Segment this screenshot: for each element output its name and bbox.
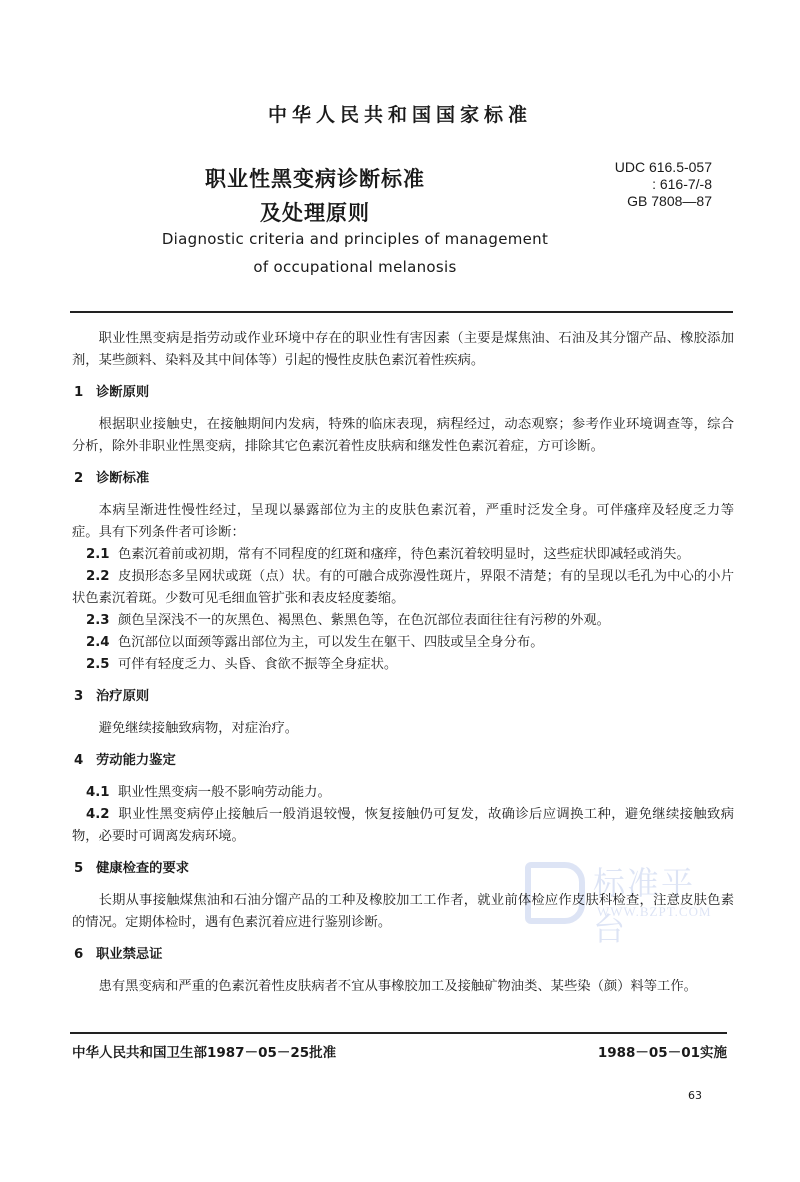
- clause-number: 4.2: [86, 804, 118, 826]
- udc-code: UDC 616.5-057: [615, 159, 712, 176]
- clause-text: 可伴有轻度乏力、头昏、食欲不振等全身症状。: [118, 657, 397, 672]
- section-number: 1: [74, 382, 96, 404]
- section-1-paragraph: 根据职业接触史，在接触期间内发病，特殊的临床表现，病程经过，动态观察；参考作业环…: [72, 414, 734, 458]
- clause-2-3: 2.3颜色呈深浅不一的灰黑色、褐黑色、紫黑色等，在色沉部位表面往往有污秽的外观。: [72, 610, 734, 632]
- intro-paragraph: 职业性黑变病是指劳动或作业环境中存在的职业性有害因素（主要是煤焦油、石油及其分馏…: [72, 328, 734, 372]
- section-heading-5: 5健康检查的要求: [74, 858, 734, 880]
- document-title-line1: 职业性黑变病诊断标准: [170, 163, 460, 193]
- gb-number: GB 7808—87: [615, 193, 712, 210]
- header-divider: [70, 311, 733, 313]
- clause-number: 2.3: [86, 610, 118, 632]
- footer-divider: [70, 1032, 727, 1034]
- classification-block: UDC 616.5-057 : 616-7/-8 GB 7808—87: [615, 159, 712, 210]
- clause-2-2: 2.2皮损形态多呈网状或斑（点）状。有的可融合成弥漫性斑片，界限不清楚；有的呈现…: [72, 566, 734, 610]
- clause-text: 职业性黑变病一般不影响劳动能力。: [118, 785, 331, 800]
- section-5-paragraph: 长期从事接触煤焦油和石油分馏产品的工种及橡胶加工工作者，就业前体检应作皮肤科检查…: [72, 890, 734, 934]
- clause-number: 2.5: [86, 654, 118, 676]
- page-number: 63: [688, 1089, 702, 1102]
- clause-4-2: 4.2职业性黑变病停止接触后一般消退较慢，恢复接触仍可复发，故确诊后应调换工种，…: [72, 804, 734, 848]
- section-number: 6: [74, 944, 96, 966]
- section-heading-1: 1诊断原则: [74, 382, 734, 404]
- english-title-line1: Diagnostic criteria and principles of ma…: [120, 230, 590, 248]
- section-heading-4: 4劳动能力鉴定: [74, 750, 734, 772]
- section-title: 职业禁忌证: [96, 947, 162, 962]
- section-number: 5: [74, 858, 96, 880]
- section-title: 健康检查的要求: [96, 861, 189, 876]
- section-title: 治疗原则: [96, 689, 149, 704]
- section-title: 劳动能力鉴定: [96, 753, 176, 768]
- section-number: 4: [74, 750, 96, 772]
- standard-type-heading: 中华人民共和国国家标准: [0, 100, 800, 127]
- section-2-paragraph: 本病呈渐进性慢性经过，呈现以暴露部位为主的皮肤色素沉着，严重时泛发全身。可伴瘙痒…: [72, 500, 734, 544]
- clause-text: 职业性黑变病停止接触后一般消退较慢，恢复接触仍可复发，故确诊后应调换工种，避免继…: [72, 807, 734, 844]
- clause-text: 颜色呈深浅不一的灰黑色、褐黑色、紫黑色等，在色沉部位表面往往有污秽的外观。: [118, 613, 610, 628]
- english-title-line2: of occupational melanosis: [120, 258, 590, 276]
- document-body: 职业性黑变病是指劳动或作业环境中存在的职业性有害因素（主要是煤焦油、石油及其分馏…: [72, 328, 734, 998]
- clause-number: 2.2: [86, 566, 118, 588]
- section-number: 2: [74, 468, 96, 490]
- clause-2-5: 2.5可伴有轻度乏力、头昏、食欲不振等全身症状。: [72, 654, 734, 676]
- clause-4-1: 4.1职业性黑变病一般不影响劳动能力。: [72, 782, 734, 804]
- clause-text: 色素沉着前或初期，常有不同程度的红斑和瘙痒，待色素沉着较明显时，这些症状即减轻或…: [118, 547, 690, 562]
- clause-2-4: 2.4色沉部位以面颈等露出部位为主，可以发生在躯干、四肢或呈全身分布。: [72, 632, 734, 654]
- section-title: 诊断标准: [96, 471, 149, 486]
- section-6-paragraph: 患有黑变病和严重的色素沉着性皮肤病者不宜从事橡胶加工及接触矿物油类、某些染（颜）…: [72, 976, 734, 998]
- clause-number: 2.4: [86, 632, 118, 654]
- section-heading-3: 3治疗原则: [74, 686, 734, 708]
- clause-number: 2.1: [86, 544, 118, 566]
- clause-text: 皮损形态多呈网状或斑（点）状。有的可融合成弥漫性斑片，界限不清楚；有的呈现以毛孔…: [72, 569, 734, 606]
- clause-2-1: 2.1色素沉着前或初期，常有不同程度的红斑和瘙痒，待色素沉着较明显时，这些症状即…: [72, 544, 734, 566]
- section-title: 诊断原则: [96, 385, 149, 400]
- section-3-paragraph: 避免继续接触致病物，对症治疗。: [72, 718, 734, 740]
- document-title-line2: 及处理原则: [170, 197, 460, 227]
- clause-text: 色沉部位以面颈等露出部位为主，可以发生在躯干、四肢或呈全身分布。: [118, 635, 544, 650]
- clause-number: 4.1: [86, 782, 118, 804]
- section-heading-2: 2诊断标准: [74, 468, 734, 490]
- section-heading-6: 6职业禁忌证: [74, 944, 734, 966]
- effective-date: 1988－05－01实施: [598, 1041, 727, 1061]
- approval-date: 中华人民共和国卫生部1987－05－25批准: [72, 1041, 336, 1061]
- udc-code-continued: : 616-7/-8: [615, 176, 712, 193]
- section-number: 3: [74, 686, 96, 708]
